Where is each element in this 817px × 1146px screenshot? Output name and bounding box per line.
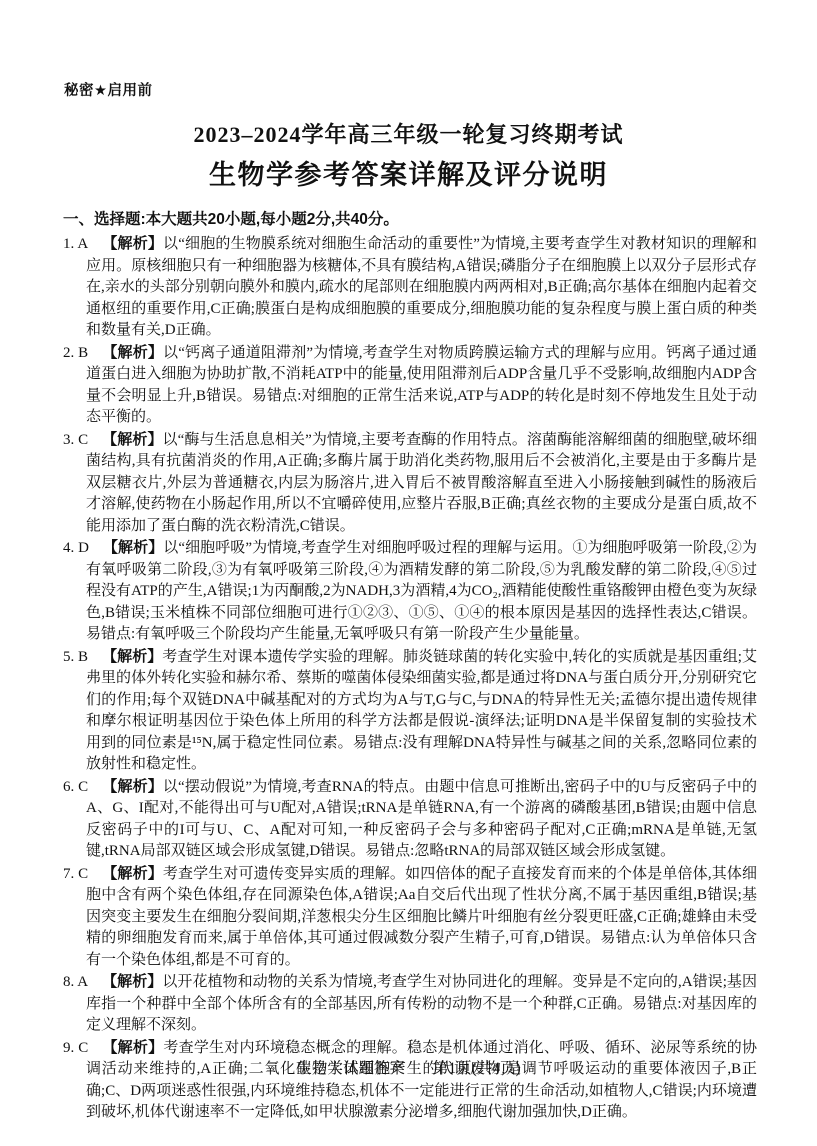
question-number-and-answer: 7. C xyxy=(63,866,88,882)
question-number-and-answer: 8. A xyxy=(63,974,88,990)
section-heading: 一、选择题:本大题共20小题,每小题2分,共40分。 xyxy=(63,208,757,232)
analysis-label: 【解析】 xyxy=(102,431,162,448)
question-number-and-answer: 5. B xyxy=(63,649,88,665)
analysis-text: 以“酶与生活息息相关”为情境,主要考查酶的作用特点。溶菌酶能溶解细菌的细胞壁,破… xyxy=(86,432,757,534)
answer-key-title: 生物学参考答案详解及评分说明 xyxy=(0,153,817,192)
question-list: 1. A【解析】以“细胞的生物膜系统对细胞生命活动的重要性”为情境,主要考查学生… xyxy=(63,233,757,1124)
question-number-and-answer: 2. B xyxy=(63,345,88,361)
question-number-and-answer: 6. C xyxy=(63,779,88,795)
answer-item-4: 4. D【解析】以“细胞呼吸”为情境,考查学生对细胞呼吸过程的理解与运用。①为细… xyxy=(63,537,757,646)
analysis-text: 以“细胞呼吸”为情境,考查学生对细胞呼吸过程的理解与运用。①为细胞呼吸第一阶段,… xyxy=(86,540,757,642)
answer-item-6: 6. C【解析】以“摆动假说”为情境,考查RNA的特点。由题中信息可推断出,密码… xyxy=(63,776,757,863)
analysis-text: 考查学生对可遗传变异实质的理解。如四倍体的配子直接发育而来的个体是单倍体,其体细… xyxy=(86,866,757,968)
analysis-label: 【解析】 xyxy=(102,1039,163,1056)
analysis-label: 【解析】 xyxy=(102,778,163,795)
footer-page-number: 第1页(共4页) xyxy=(433,1060,521,1077)
exam-title: 2023–2024学年高三年级一轮复习终期考试 xyxy=(0,118,817,149)
analysis-text: 考查学生对课本遗传学实验的理解。肺炎链球菌的转化实验中,转化的实质就是基因重组;… xyxy=(86,649,757,773)
answer-item-3: 3. C【解析】以“酶与生活息息相关”为情境,主要考查酶的作用特点。溶菌酶能溶解… xyxy=(63,429,757,538)
analysis-text: 以“钙离子通道阻滞剂”为情境,考查学生对物质跨膜运输方式的理解与应用。钙离子通过… xyxy=(86,345,757,426)
question-number-and-answer: 9. C xyxy=(63,1040,88,1056)
answer-item-9: 9. C【解析】考查学生对内环境稳态概念的理解。稳态是机体通过消化、呼吸、循环、… xyxy=(63,1037,757,1124)
analysis-label: 【解析】 xyxy=(102,235,163,252)
analysis-label: 【解析】 xyxy=(102,865,163,882)
analysis-label: 【解析】 xyxy=(102,344,163,361)
analysis-text: 考查学生对内环境稳态概念的理解。稳态是机体通过消化、呼吸、循环、泌尿等系统的协调… xyxy=(86,1040,757,1121)
answer-item-2: 2. B【解析】以“钙离子通道阻滞剂”为情境,考查学生对物质跨膜运输方式的理解与… xyxy=(63,342,757,429)
page-footer: 生物学试题答案第1页(共4页) xyxy=(0,1056,817,1078)
analysis-label: 【解析】 xyxy=(102,973,162,990)
analysis-text: 以“细胞的生物膜系统对细胞生命活动的重要性”为情境,主要考查学生对教材知识的理解… xyxy=(86,236,757,338)
analysis-text: 以开花植物和动物的关系为情境,考查学生对协同进化的理解。变异是不定向的,A错误;… xyxy=(86,974,757,1033)
answer-item-5: 5. B【解析】考查学生对课本遗传学实验的理解。肺炎链球菌的转化实验中,转化的实… xyxy=(63,646,757,776)
question-number-and-answer: 3. C xyxy=(63,432,88,448)
document-page: 秘密★启用前 2023–2024学年高三年级一轮复习终期考试 生物学参考答案详解… xyxy=(0,0,817,1146)
answer-item-1: 1. A【解析】以“细胞的生物膜系统对细胞生命活动的重要性”为情境,主要考查学生… xyxy=(63,233,757,342)
analysis-text: 以“摆动假说”为情境,考查RNA的特点。由题中信息可推断出,密码子中的U与反密码… xyxy=(86,779,757,860)
question-number-and-answer: 4. D xyxy=(63,540,89,556)
answer-item-8: 8. A【解析】以开花植物和动物的关系为情境,考查学生对协同进化的理解。变异是不… xyxy=(63,971,757,1037)
question-number-and-answer: 1. A xyxy=(63,236,88,252)
footer-doc-title: 生物学试题答案 xyxy=(296,1060,405,1077)
answer-item-7: 7. C【解析】考查学生对可遗传变异实质的理解。如四倍体的配子直接发育而来的个体… xyxy=(63,863,757,972)
analysis-label: 【解析】 xyxy=(102,648,162,665)
analysis-label: 【解析】 xyxy=(103,539,163,556)
confidential-label: 秘密★启用前 xyxy=(64,79,153,100)
answers-content: 一、选择题:本大题共20小题,每小题2分,共40分。 1. A【解析】以“细胞的… xyxy=(63,208,757,1124)
